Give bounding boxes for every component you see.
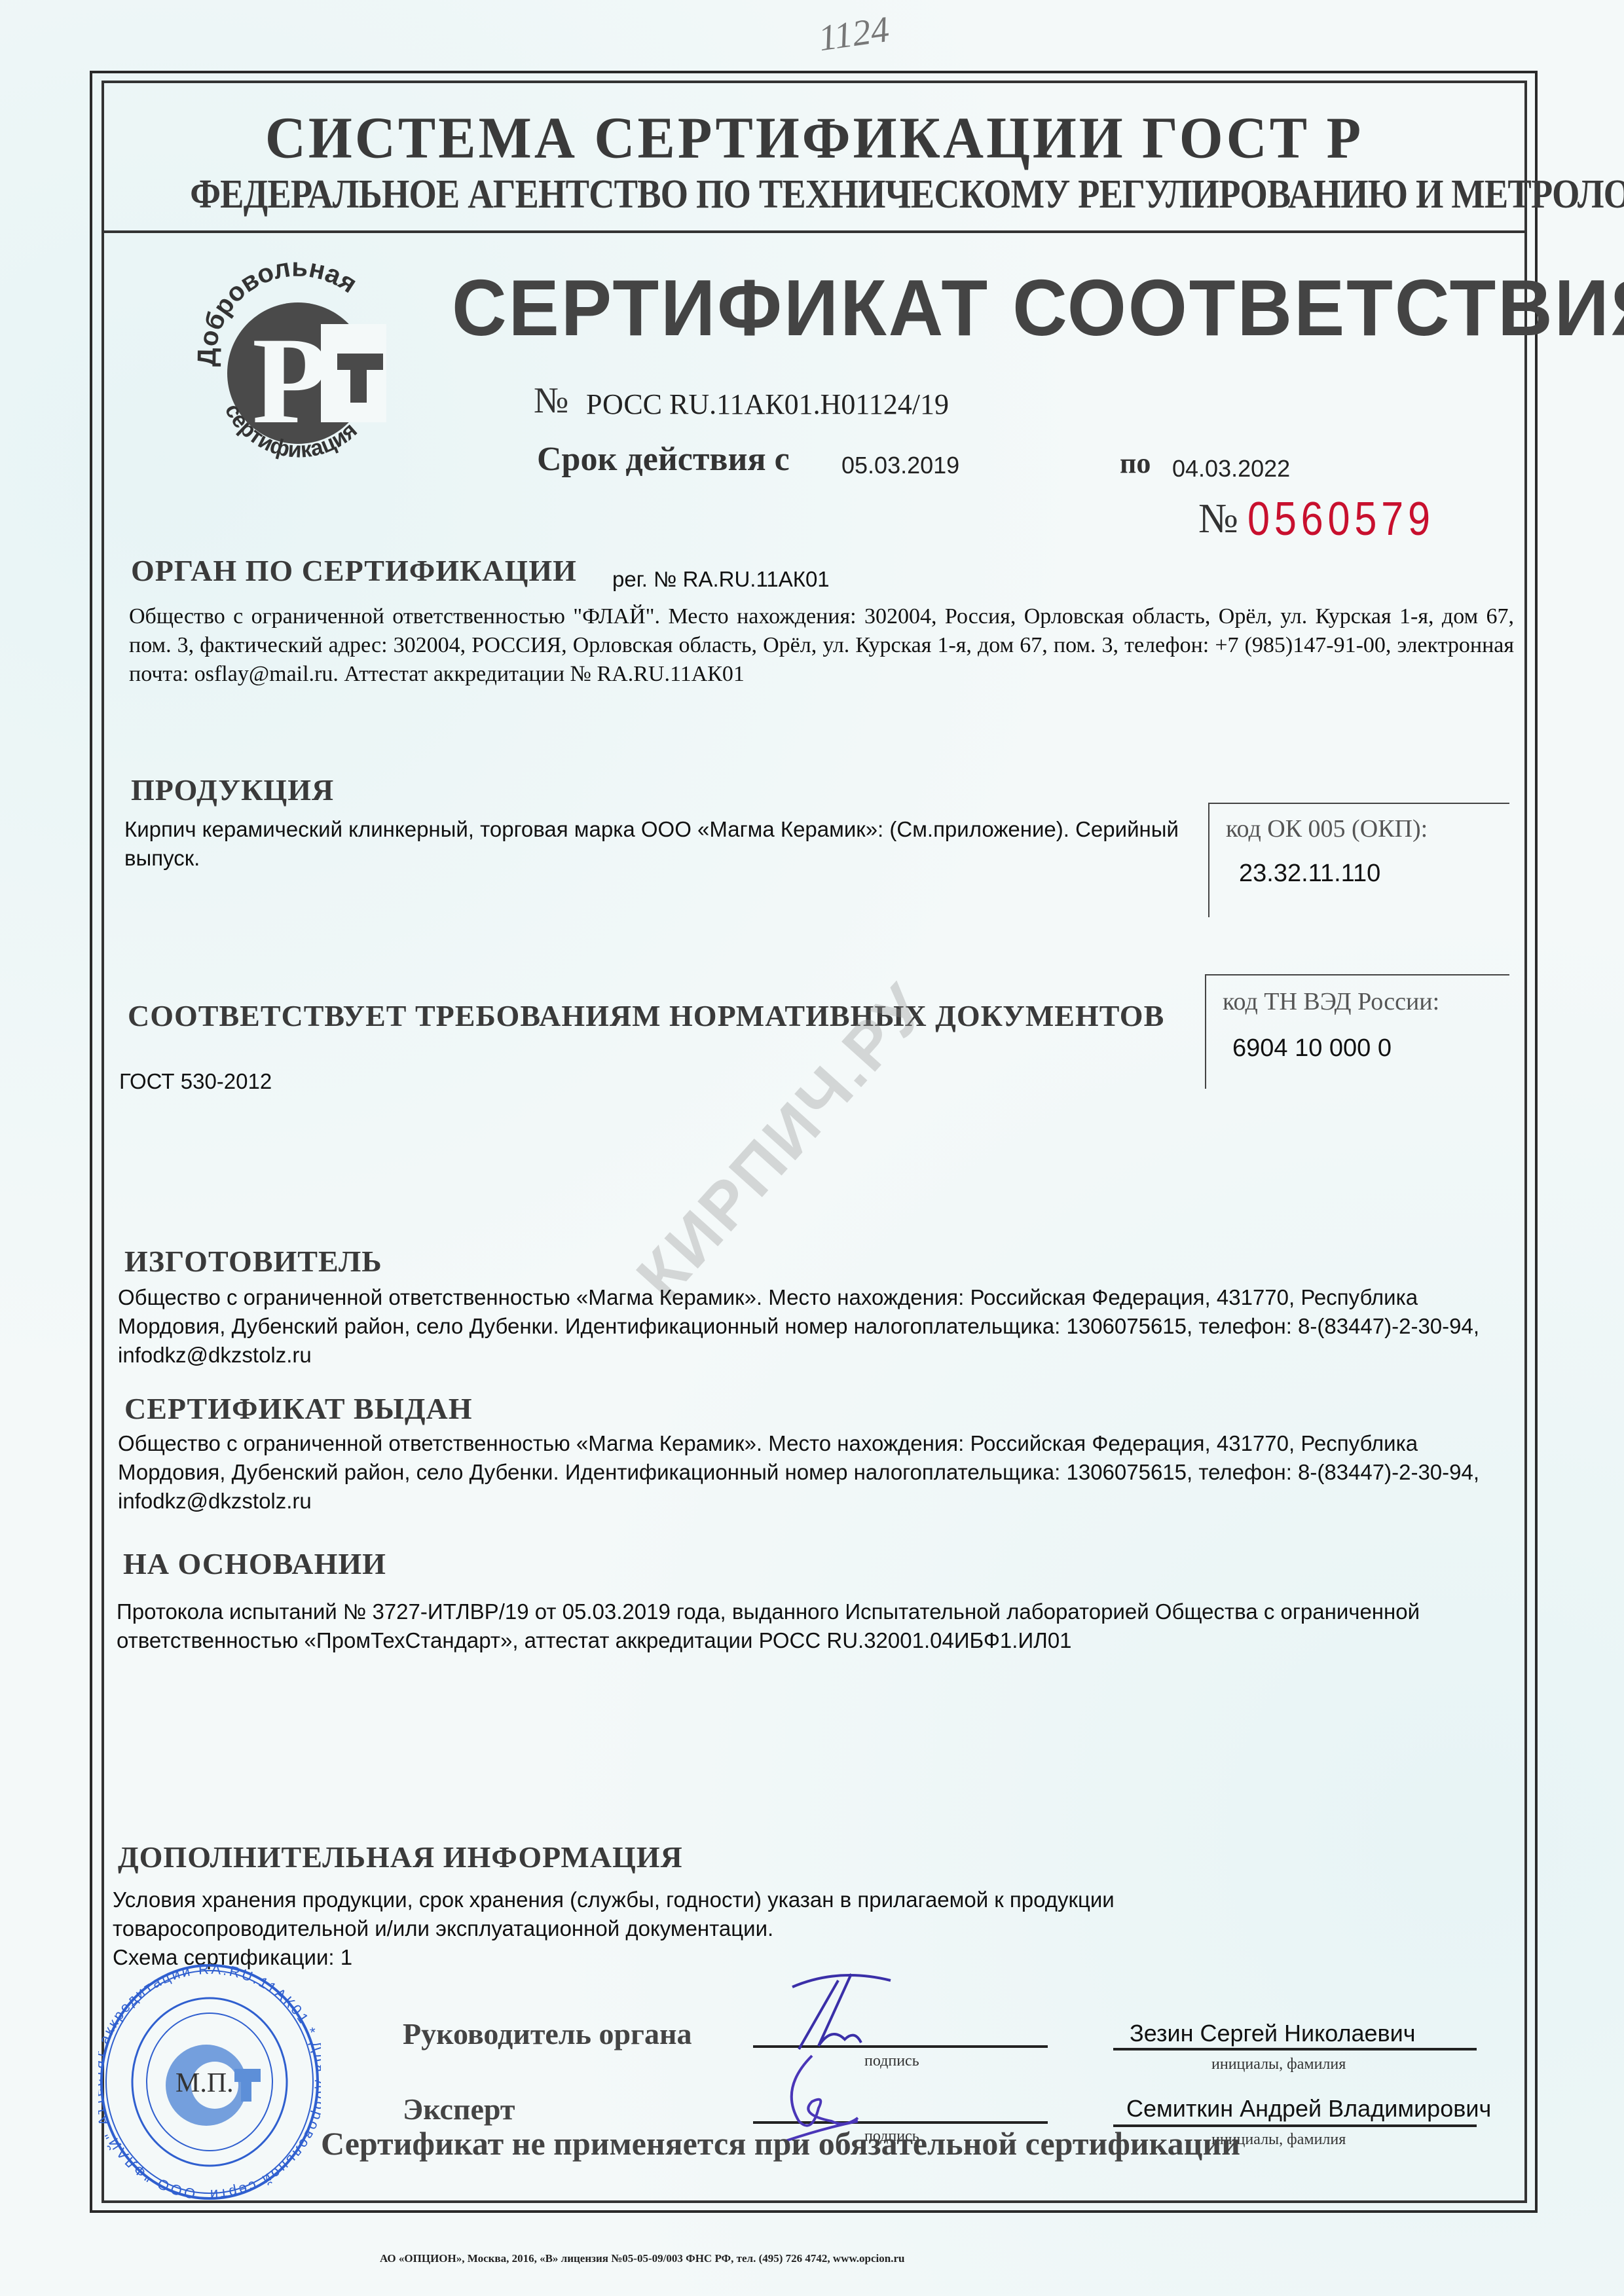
number-symbol: № xyxy=(534,380,568,422)
stamp-center-text: М.П. xyxy=(175,2068,234,2098)
valid-to: 04.03.2022 xyxy=(1172,455,1290,483)
validity-label: Срок действия с xyxy=(537,440,790,479)
conformity-heading: СООТВЕТСТВУЕТ ТРЕБОВАНИЯМ НОРМАТИВНЫХ ДО… xyxy=(128,998,1164,1033)
certification-body-reg-no: рег. № RA.RU.11АК01 xyxy=(612,567,830,592)
product-heading: ПРОДУКЦИЯ xyxy=(131,773,334,807)
certificate-title: СЕРТИФИКАТ СООТВЕТСТВИЯ xyxy=(452,262,1624,354)
rst-logo-icon: P Добровольная сертификация xyxy=(190,252,406,475)
okp-value: 23.32.11.110 xyxy=(1239,860,1380,888)
manufacturer-heading: ИЗГОТОВИТЕЛЬ xyxy=(124,1244,382,1279)
basis-text: Протокола испытаний № 3727-ИТЛВР/19 от 0… xyxy=(117,1597,1498,1655)
additional-text: Условия хранения продукции, срок хранени… xyxy=(113,1886,1304,1943)
expert-role-label: Эксперт xyxy=(403,2092,515,2126)
valid-to-label: по xyxy=(1120,446,1151,480)
standard-document: ГОСТ 530-2012 xyxy=(119,1067,272,1096)
certification-body-heading: ОРГАН ПО СЕРТИФИКАЦИИ xyxy=(131,553,577,588)
agency-title: ФЕДЕРАЛЬНОЕ АГЕНТСТВО ПО ТЕХНИЧЕСКОМУ РЕ… xyxy=(190,172,1441,218)
serial-number: 0560579 xyxy=(1247,492,1435,546)
serial-symbol: № xyxy=(1198,494,1238,543)
voluntary-notice: Сертификат не применяется при обязательн… xyxy=(321,2124,1240,2162)
stamp-seal-icon: М.П. ООО "ФЛАЙ" Аттестат аккредитации RA… xyxy=(98,1958,321,2206)
tnved-label: код ТН ВЭД России: xyxy=(1223,987,1439,1016)
issued-to-heading: СЕРТИФИКАТ ВЫДАН xyxy=(124,1391,473,1426)
basis-heading: НА ОСНОВАНИИ xyxy=(123,1546,386,1581)
head-name-line xyxy=(1113,2048,1477,2050)
certification-body-text: Общество с ограниченной ответственностью… xyxy=(129,602,1514,689)
tnved-code-box: код ТН ВЭД России: 6904 10 000 0 xyxy=(1205,974,1509,1089)
additional-heading: ДОПОЛНИТЕЛЬНАЯ ИНФОРМАЦИЯ xyxy=(118,1840,683,1874)
issued-to-text: Общество с ограниченной ответственностью… xyxy=(118,1429,1513,1516)
header-divider xyxy=(101,230,1527,233)
head-name: Зезин Сергей Николаевич xyxy=(1130,2020,1416,2047)
printer-imprint: АО «ОПЦИОН», Москва, 2016, «В» лицензия … xyxy=(380,2252,904,2265)
head-signature-icon xyxy=(779,1967,910,2056)
head-role-label: Руководитель органа xyxy=(403,2016,692,2051)
okp-label: код ОК 005 (ОКП): xyxy=(1226,814,1428,843)
okp-code-box: код ОК 005 (ОКП): 23.32.11.110 xyxy=(1208,803,1509,917)
handwritten-page-number: 1124 xyxy=(816,9,892,60)
manufacturer-text: Общество с ограниченной ответственностью… xyxy=(118,1283,1513,1370)
valid-from: 05.03.2019 xyxy=(841,452,959,479)
system-title: СИСТЕМА СЕРТИФИКАЦИИ ГОСТ Р xyxy=(101,103,1527,172)
expert-name: Семиткин Андрей Владимирович xyxy=(1126,2095,1491,2123)
head-name-caption: инициалы, фамилия xyxy=(1211,2056,1346,2073)
product-text: Кирпич керамический клинкерный, торговая… xyxy=(124,815,1185,873)
certificate-number: РОСС RU.11АК01.Н01124/19 xyxy=(586,388,949,421)
tnved-value: 6904 10 000 0 xyxy=(1232,1034,1392,1063)
